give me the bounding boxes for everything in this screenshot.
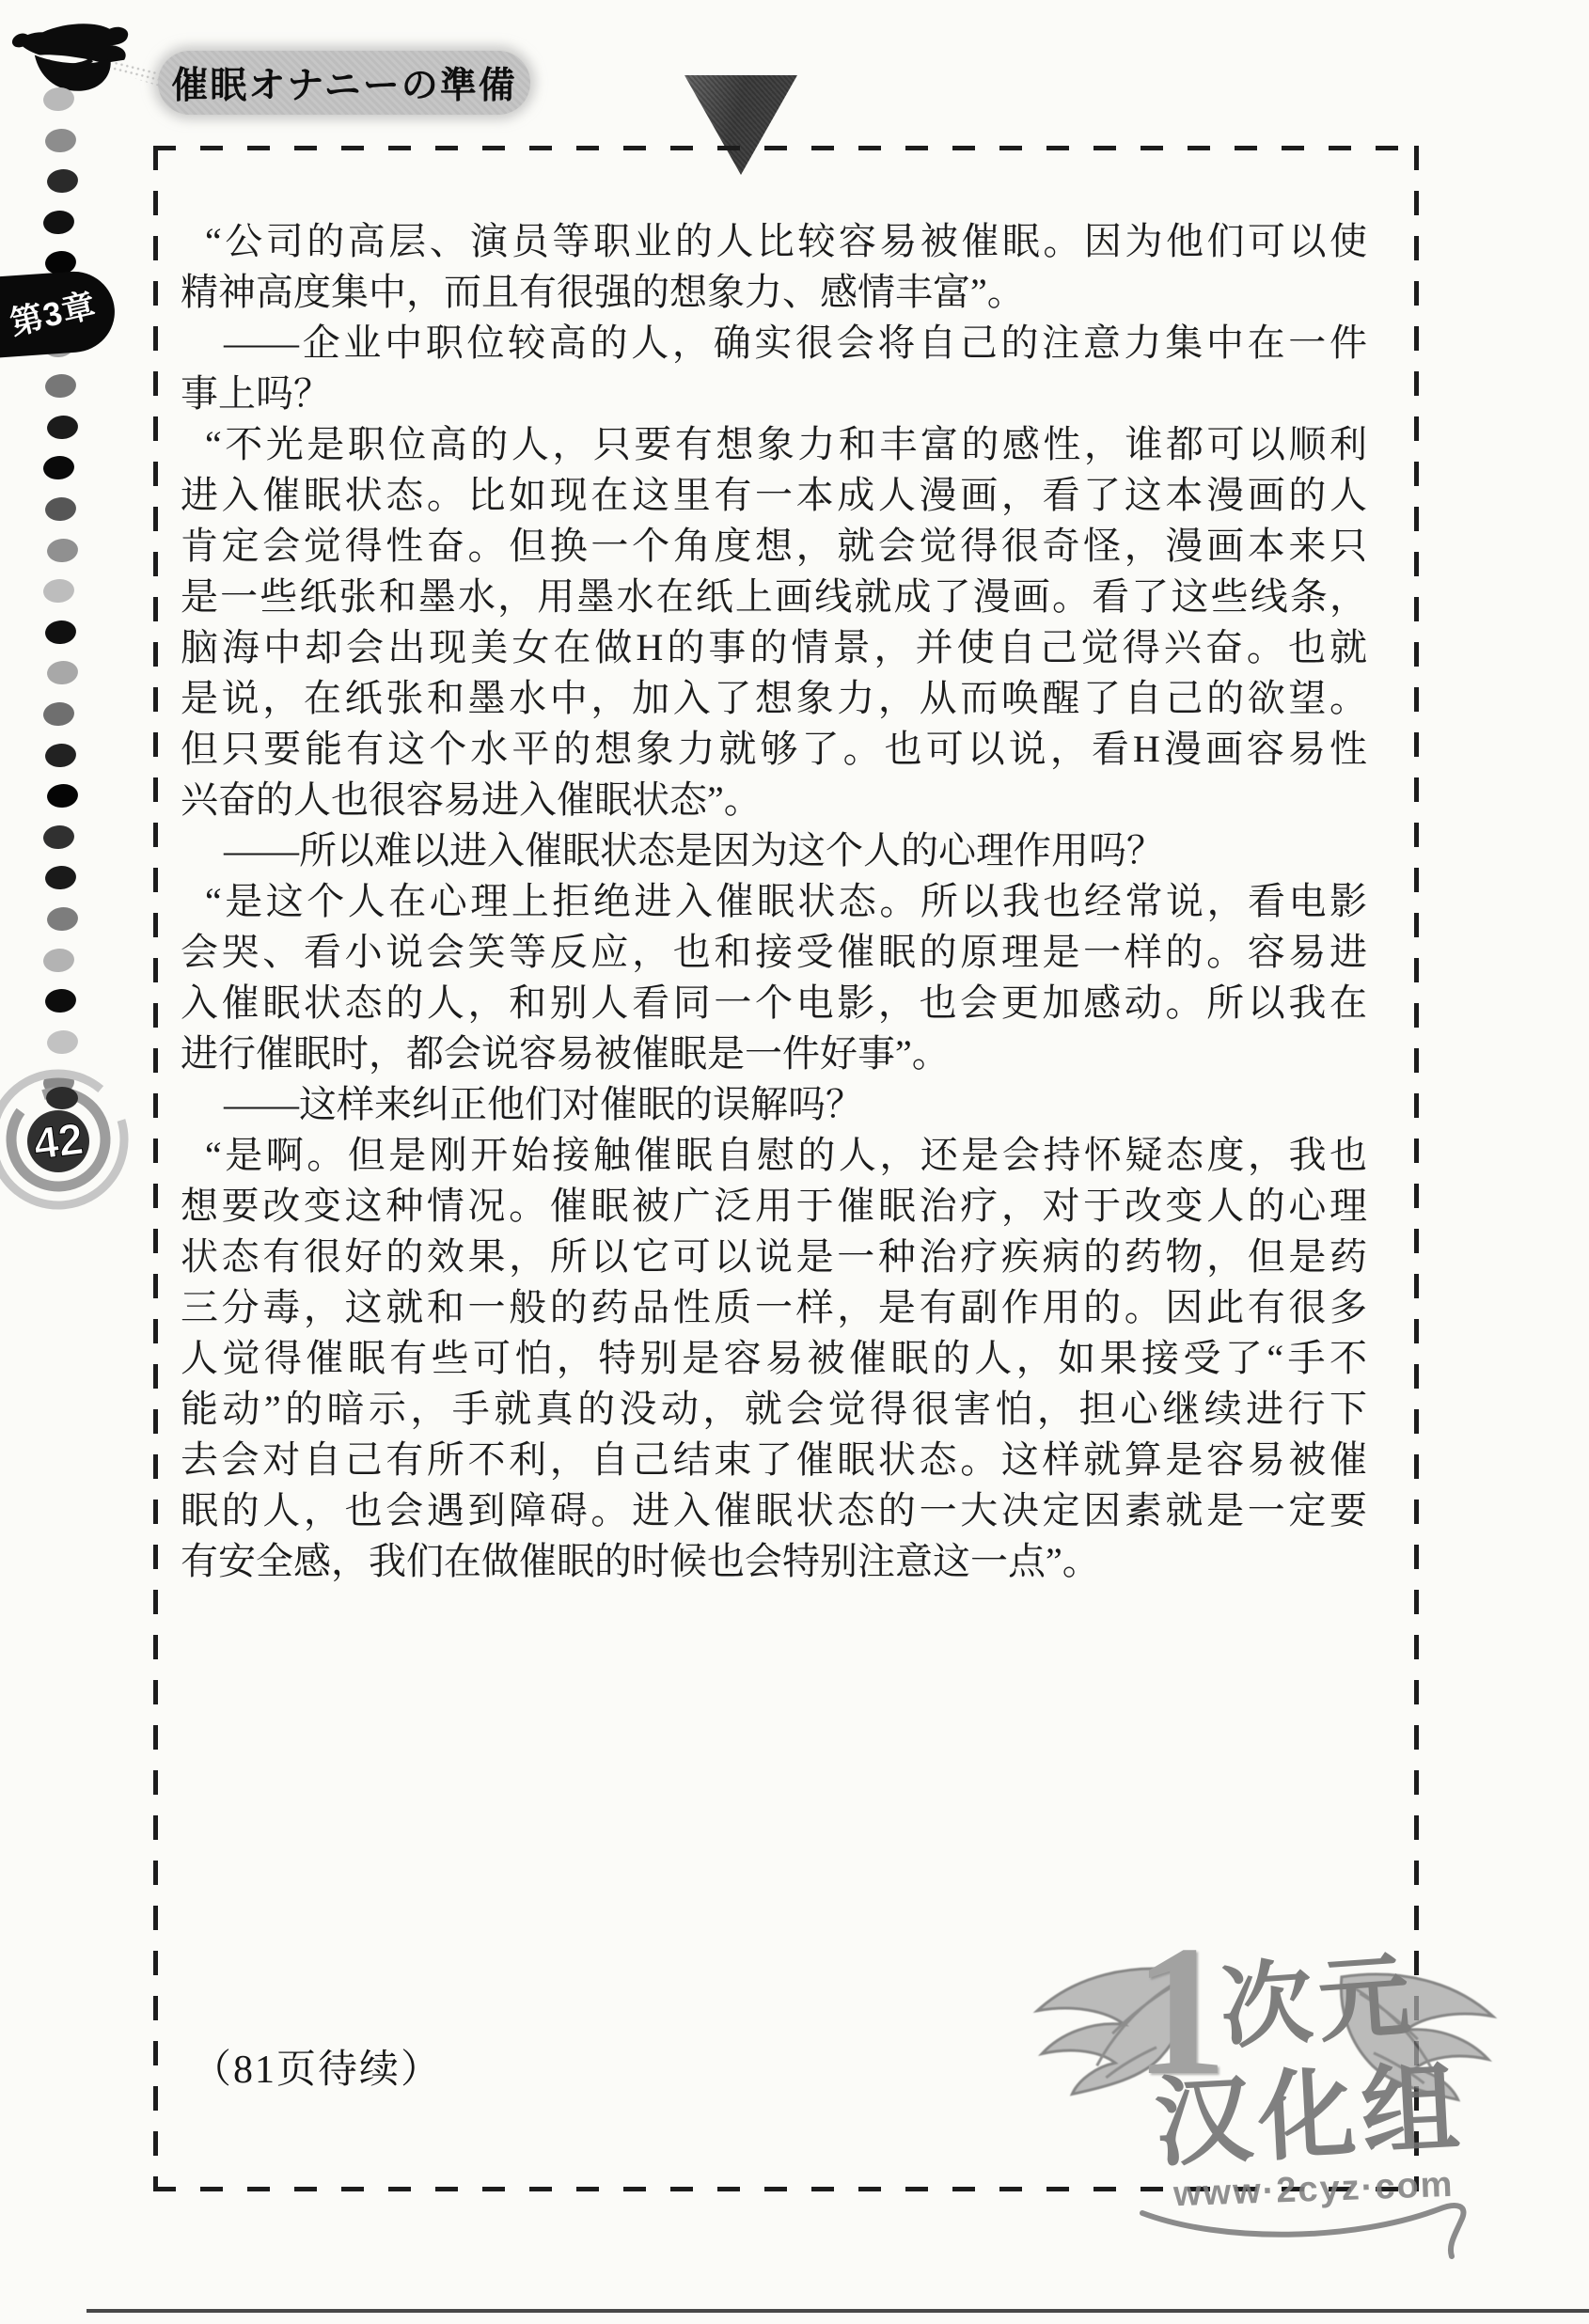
page-number-target: 42	[0, 1064, 134, 1215]
text-line: 脑海中却会出现美女在做H的事的情景，并使自己觉得兴奋。也就	[181, 622, 1367, 673]
rail-dot-icon	[44, 373, 77, 400]
rail-dot-icon	[42, 947, 75, 973]
rail-dot-icon	[42, 824, 75, 850]
text-line: 兴奋的人也很容易进入催眠状态”。	[181, 775, 1367, 825]
rail-dot-icon	[46, 660, 79, 686]
text-line: “是啊。但是刚开始接触催眠自慰的人，还是会持怀疑态度，我也	[181, 1130, 1367, 1181]
text-line: 是一些纸张和墨水，用墨水在纸上画线就成了漫画。看了这些线条，	[181, 572, 1367, 622]
text-line: “公司的高层、演员等职业的人比较容易被催眠。因为他们可以使	[181, 216, 1367, 267]
chapter-tab: 第3章	[0, 269, 118, 359]
text-line: 精神高度集中，而且有很强的想象力、感情丰富”。	[181, 267, 1367, 318]
rail-dot-icon	[46, 905, 79, 932]
continuation-note: （81页待续）	[192, 2038, 442, 2095]
frame-border-left	[153, 146, 158, 2191]
chapter-tab-label: 第3章	[0, 279, 100, 349]
text-line: 能动”的暗示，手就真的没动，就会觉得很害怕，担心继续进行下	[181, 1384, 1367, 1435]
rail-dot-icon	[46, 1029, 79, 1055]
header-title-banner: 催眠オナニーの準備	[158, 51, 530, 115]
text-line: 进行催眠时，都会说容易被催眠是一件好事”。	[181, 1029, 1367, 1079]
scanned-book-page: 催眠オナニーの準備 第3章 42 document.currentScript.…	[0, 0, 1589, 2324]
rail-dot-icon	[42, 455, 75, 481]
text-line: ——这样来纠正他们对催眠的误解吗？	[181, 1079, 1367, 1130]
scan-artifact-line	[87, 2309, 1589, 2313]
rail-dot-icon	[44, 127, 77, 153]
text-line: 三分毒，这就和一般的药品性质一样，是有副作用的。因此有很多	[181, 1282, 1367, 1333]
text-line: 状态有很好的效果，所以它可以说是一种治疗疾病的药物，但是药	[181, 1232, 1367, 1282]
text-line: ——企业中职位较高的人，确实很会将自己的注意力集中在一件	[181, 318, 1367, 369]
text-line: 肯定会觉得性奋。但换一个角度想，就会觉得很奇怪，漫画本来只	[181, 521, 1367, 572]
rail-dot-icon	[46, 537, 79, 563]
page-title: 催眠オナニーの準備	[171, 56, 516, 109]
text-line: 眠的人，也会遇到障碍。进入催眠状态的一大决定因素就是一定要	[181, 1485, 1367, 1536]
lips-logo-icon	[6, 9, 147, 107]
rail-dot-icon	[44, 988, 77, 1014]
frame-border-right	[1414, 146, 1419, 2191]
article-text: “公司的高层、演员等职业的人比较容易被催眠。因为他们可以使精神高度集中，而且有很…	[181, 216, 1367, 1587]
rail-dot-icon	[44, 865, 77, 891]
text-line: 但只要能有这个水平的想象力就够了。也可以说，看H漫画容易性	[181, 724, 1367, 775]
text-line: “不光是职位高的人，只要有想象力和丰富的感性，谁都可以顺利	[181, 419, 1367, 470]
frame-border-top	[153, 146, 1419, 150]
watermark-word-bottom: 汉化组	[1153, 2060, 1468, 2174]
text-line: 会哭、看小说会笑等反应，也和接受催眠的原理是一样的。容易进	[181, 927, 1367, 978]
text-line: 是说，在纸张和墨水中，加入了想象力，从而唤醒了自己的欲望。	[181, 673, 1367, 724]
text-line: 有安全感，我们在做催眠的时候也会特别注意这一点”。	[181, 1536, 1367, 1587]
page-number: 42	[31, 1113, 86, 1169]
watermark-swoosh	[1138, 2196, 1495, 2262]
text-line: 想要改变这种情况。催眠被广泛用于催眠治疗，对于改变人的心理	[181, 1181, 1367, 1232]
triangle-marker-icon	[684, 75, 797, 175]
rail-dot-icon	[44, 619, 77, 645]
text-line: ——所以难以进入催眠状态是因为这个人的心理作用吗？	[181, 825, 1367, 876]
rail-dot-icon	[46, 414, 79, 440]
rail-dot-icon	[44, 495, 77, 522]
text-line: “是这个人在心理上拒绝进入催眠状态。所以我也经常说，看电影	[181, 876, 1367, 927]
watermark-word-top: 次元	[1218, 1951, 1419, 2056]
text-line: 去会对自己有所不利，自己结束了催眠状态。这样就算是容易被催	[181, 1435, 1367, 1485]
rail-dot-icon	[46, 783, 79, 809]
text-line: 进入催眠状态。比如现在这里有一本成人漫画，看了这本漫画的人	[181, 470, 1367, 521]
rail-dot-icon	[46, 168, 79, 195]
rail-dot-icon	[42, 578, 75, 605]
rail-dot-icon	[42, 700, 75, 727]
text-line: 人觉得催眠有些可怕，特别是容易被催眠的人，如果接受了“手不	[181, 1333, 1367, 1384]
text-line: 事上吗？	[181, 369, 1367, 419]
rail-dot-icon	[44, 742, 77, 768]
rail-dot-icon	[42, 209, 75, 235]
text-line: 入催眠状态的人，和别人看同一个电影，也会更加感动。所以我在	[181, 978, 1367, 1029]
translation-group-watermark: 1 次元 汉化组 www·2cyz·com	[997, 1918, 1537, 2233]
